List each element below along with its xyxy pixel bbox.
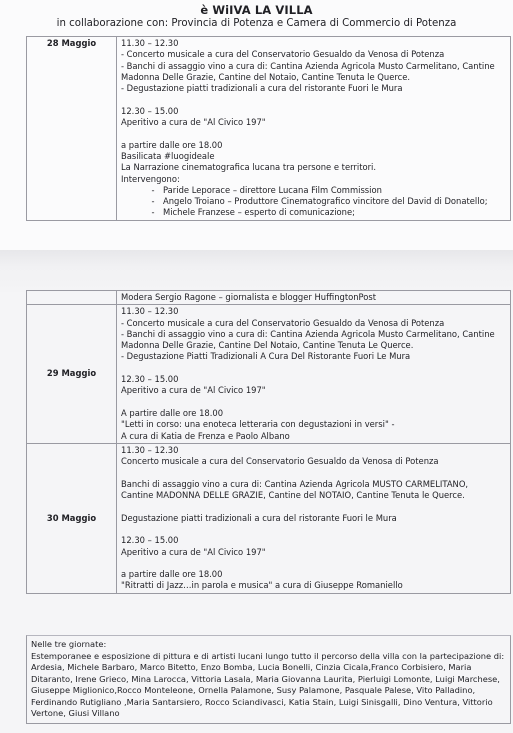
notes-heading: Nelle tre giornate: <box>31 639 506 651</box>
notes-text: Estemporanee e esposizione di pittura e … <box>31 651 506 720</box>
program-line: Aperitivo a cura de "Al Civico 197" <box>121 117 506 128</box>
program-line: Aperitivo a cura de "Al Civico 197" <box>121 385 506 396</box>
program-line: 12.30 – 15.00 <box>121 106 506 117</box>
dash-bullet-icon: - <box>143 207 163 218</box>
day-cell: 29 Maggio <box>27 305 117 444</box>
program-line: - Banchi di assaggio vino a cura di: Can… <box>121 61 506 72</box>
program-line: Intervengono: <box>121 174 506 185</box>
speaker-item: -Angelo Troiano – Produttore Cinematogra… <box>121 196 506 207</box>
event-title: è WiIVA LA VILLA <box>0 3 513 17</box>
program-lines: 11.30 – 12.30- Concerto musicale a cura … <box>121 38 506 185</box>
page-gap <box>0 250 513 292</box>
speaker-item: -Paride Leporace – direttore Lucana Film… <box>121 185 506 196</box>
program-lines: 11.30 – 12.30- Concerto musicale a cura … <box>121 306 506 442</box>
program-line: A partire dalle ore 18.00 <box>121 408 506 419</box>
blank-line <box>121 501 506 512</box>
day-cell: 30 Maggio <box>27 443 117 593</box>
schedule-table-28: 28 Maggio 11.30 – 12.30- Concerto musica… <box>26 36 511 221</box>
program-cell: 11.30 – 12.30- Concerto musicale a cura … <box>117 305 511 444</box>
table-row: 30 Maggio 11.30 – 12.30Concerto musicale… <box>27 443 511 593</box>
program-line: Madonna Delle Grazie, Cantine Del Notaio… <box>121 340 506 351</box>
speaker-text: Angelo Troiano – Produttore Cinematograf… <box>163 196 488 206</box>
program-line: 11.30 – 12.30 <box>121 38 506 49</box>
program-line: a partire dalle ore 18.00 <box>121 569 506 580</box>
program-cell: 11.30 – 12.30Concerto musicale a cura de… <box>117 443 511 593</box>
dash-bullet-icon: - <box>143 185 163 196</box>
blank-line <box>121 524 506 535</box>
program-line: 11.30 – 12.30 <box>121 306 506 317</box>
program-cell: 11.30 – 12.30- Concerto musicale a cura … <box>117 37 511 221</box>
program-line: 12.30 – 15.00 <box>121 374 506 385</box>
event-subtitle: in collaborazione con: Provincia di Pote… <box>0 18 513 29</box>
program-line: Madonna Delle Grazie, Cantine del Notaio… <box>121 72 506 83</box>
table-row: 29 Maggio 11.30 – 12.30- Concerto musica… <box>27 305 511 444</box>
notes-box: Nelle tre giornate: Estemporanee e espos… <box>26 635 511 724</box>
program-lines: 11.30 – 12.30Concerto musicale a cura de… <box>121 445 506 592</box>
program-line: 11.30 – 12.30 <box>121 445 506 456</box>
program-line: a partire dalle ore 18.00 <box>121 140 506 151</box>
speaker-item: -Michele Franzese – esperto di comunicaz… <box>121 207 506 218</box>
program-line: - Degustazione Piatti Tradizionali A Cur… <box>121 351 506 362</box>
blank-line <box>121 363 506 374</box>
program-line: Degustazione piatti tradizionali a cura … <box>121 513 506 524</box>
program-line: A cura di Katia de Frenza e Paolo Albano <box>121 431 506 442</box>
program-line: "Letti in corso: una enoteca letteraria … <box>121 419 506 430</box>
program-line: - Concerto musicale a cura del Conservat… <box>121 318 506 329</box>
blank-line <box>121 558 506 569</box>
program-line: - Degustazione piatti tradizionali a cur… <box>121 83 506 94</box>
program-cell: Modera Sergio Ragone – giornalista e blo… <box>117 291 511 305</box>
program-line: Modera Sergio Ragone – giornalista e blo… <box>121 292 506 303</box>
program-line: 12.30 – 15.00 <box>121 535 506 546</box>
program-line: Concerto musicale a cura del Conservator… <box>121 456 506 467</box>
schedule-table-29-30: Modera Sergio Ragone – giornalista e blo… <box>26 290 511 594</box>
speaker-list: -Paride Leporace – direttore Lucana Film… <box>121 185 506 219</box>
blank-line <box>121 467 506 478</box>
day-cell-empty <box>27 291 117 305</box>
program-line: Banchi di assaggio vino a cura di: Canti… <box>121 479 506 490</box>
blank-line <box>121 128 506 139</box>
program-line: - Concerto musicale a cura del Conservat… <box>121 49 506 60</box>
speaker-text: Paride Leporace – direttore Lucana Film … <box>163 185 382 195</box>
program-lines: Modera Sergio Ragone – giornalista e blo… <box>121 292 506 303</box>
blank-line <box>121 397 506 408</box>
program-line: Basilicata #luogideale <box>121 151 506 162</box>
dash-bullet-icon: - <box>143 196 163 207</box>
table-row: 28 Maggio 11.30 – 12.30- Concerto musica… <box>27 37 511 221</box>
program-line: "Ritratti di Jazz…in parola e musica" a … <box>121 580 506 591</box>
table-row: Modera Sergio Ragone – giornalista e blo… <box>27 291 511 305</box>
program-line: - Banchi di assaggio vino a cura di: Can… <box>121 329 506 340</box>
program-line: Cantine MADONNA DELLE GRAZIE, Cantine de… <box>121 490 506 501</box>
program-line: Aperitivo a cura de "Al Civico 197" <box>121 547 506 558</box>
speaker-text: Michele Franzese – esperto di comunicazi… <box>163 207 355 217</box>
blank-line <box>121 94 506 105</box>
day-cell: 28 Maggio <box>27 37 117 221</box>
program-line: La Narrazione cinematografica lucana tra… <box>121 162 506 173</box>
